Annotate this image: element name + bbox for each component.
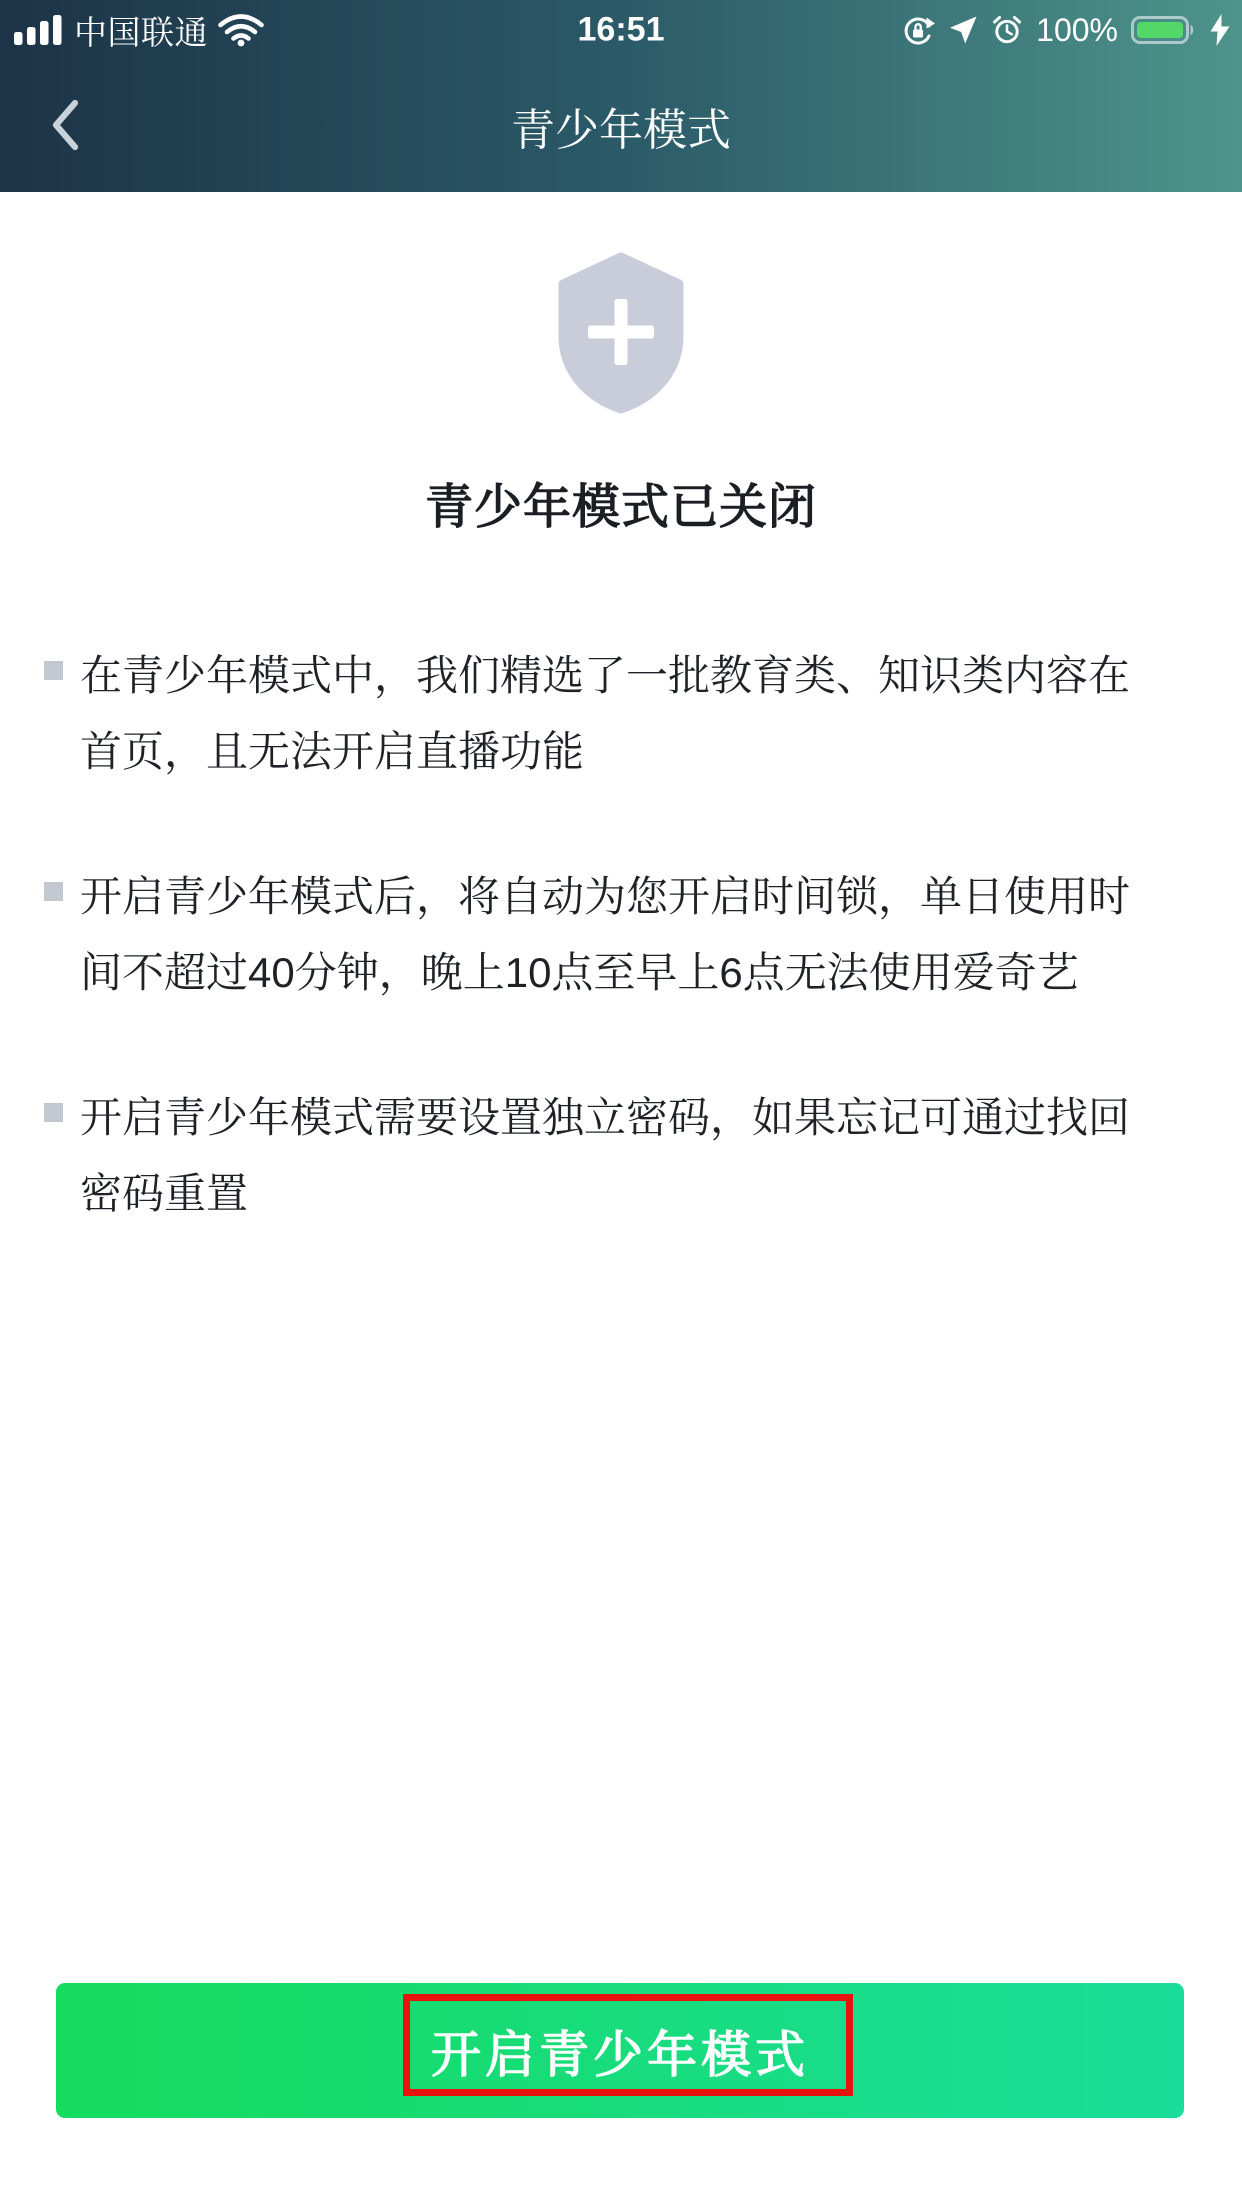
bullet-text: 在青少年模式中，我们精选了一批教育类、知识类内容在首页，且无法开启直播功能 <box>80 638 1152 790</box>
status-left-cluster: 中国联通 <box>14 0 264 60</box>
bullet-square-icon <box>44 661 63 680</box>
mode-status-heading: 青少年模式已关闭 <box>0 468 1242 537</box>
app-header: 中国联通 16:51 <box>0 0 1242 192</box>
location-icon <box>948 15 978 45</box>
signal-icon <box>14 14 64 46</box>
charging-bolt-icon <box>1210 14 1230 46</box>
bullet-square-icon <box>44 882 63 901</box>
bullet-text: 开启青少年模式需要设置独立密码，如果忘记可通过找回密码重置 <box>80 1080 1152 1232</box>
alarm-icon <box>991 14 1023 46</box>
status-bar: 中国联通 16:51 <box>0 0 1242 60</box>
nav-bar: 青少年模式 <box>0 60 1242 192</box>
battery-percent-label: 100% <box>1036 12 1118 49</box>
shield-plus-icon <box>554 252 688 419</box>
status-time: 16:51 <box>578 11 665 50</box>
wifi-icon <box>218 13 264 47</box>
description-list: 在青少年模式中，我们精选了一批教育类、知识类内容在首页，且无法开启直播功能 开启… <box>44 638 1194 1301</box>
bullet-square-icon <box>44 1103 63 1122</box>
chevron-left-icon <box>50 98 80 155</box>
list-item: 在青少年模式中，我们精选了一批教育类、知识类内容在首页，且无法开启直播功能 <box>44 638 1194 790</box>
battery-icon <box>1131 14 1197 46</box>
list-item: 开启青少年模式后，将自动为您开启时间锁，单日使用时间不超过40分钟，晚上10点至… <box>44 859 1194 1011</box>
enable-teen-mode-button[interactable]: 开启青少年模式 <box>56 1983 1184 2118</box>
page-title: 青少年模式 <box>511 94 731 158</box>
carrier-label: 中国联通 <box>74 7 208 54</box>
enable-teen-mode-button-label: 开启青少年模式 <box>431 2015 809 2087</box>
back-button[interactable] <box>30 60 100 192</box>
list-item: 开启青少年模式需要设置独立密码，如果忘记可通过找回密码重置 <box>44 1080 1194 1232</box>
bullet-text: 开启青少年模式后，将自动为您开启时间锁，单日使用时间不超过40分钟，晚上10点至… <box>80 859 1152 1011</box>
orientation-lock-icon <box>901 13 935 47</box>
status-right-cluster: 100% <box>901 0 1230 60</box>
